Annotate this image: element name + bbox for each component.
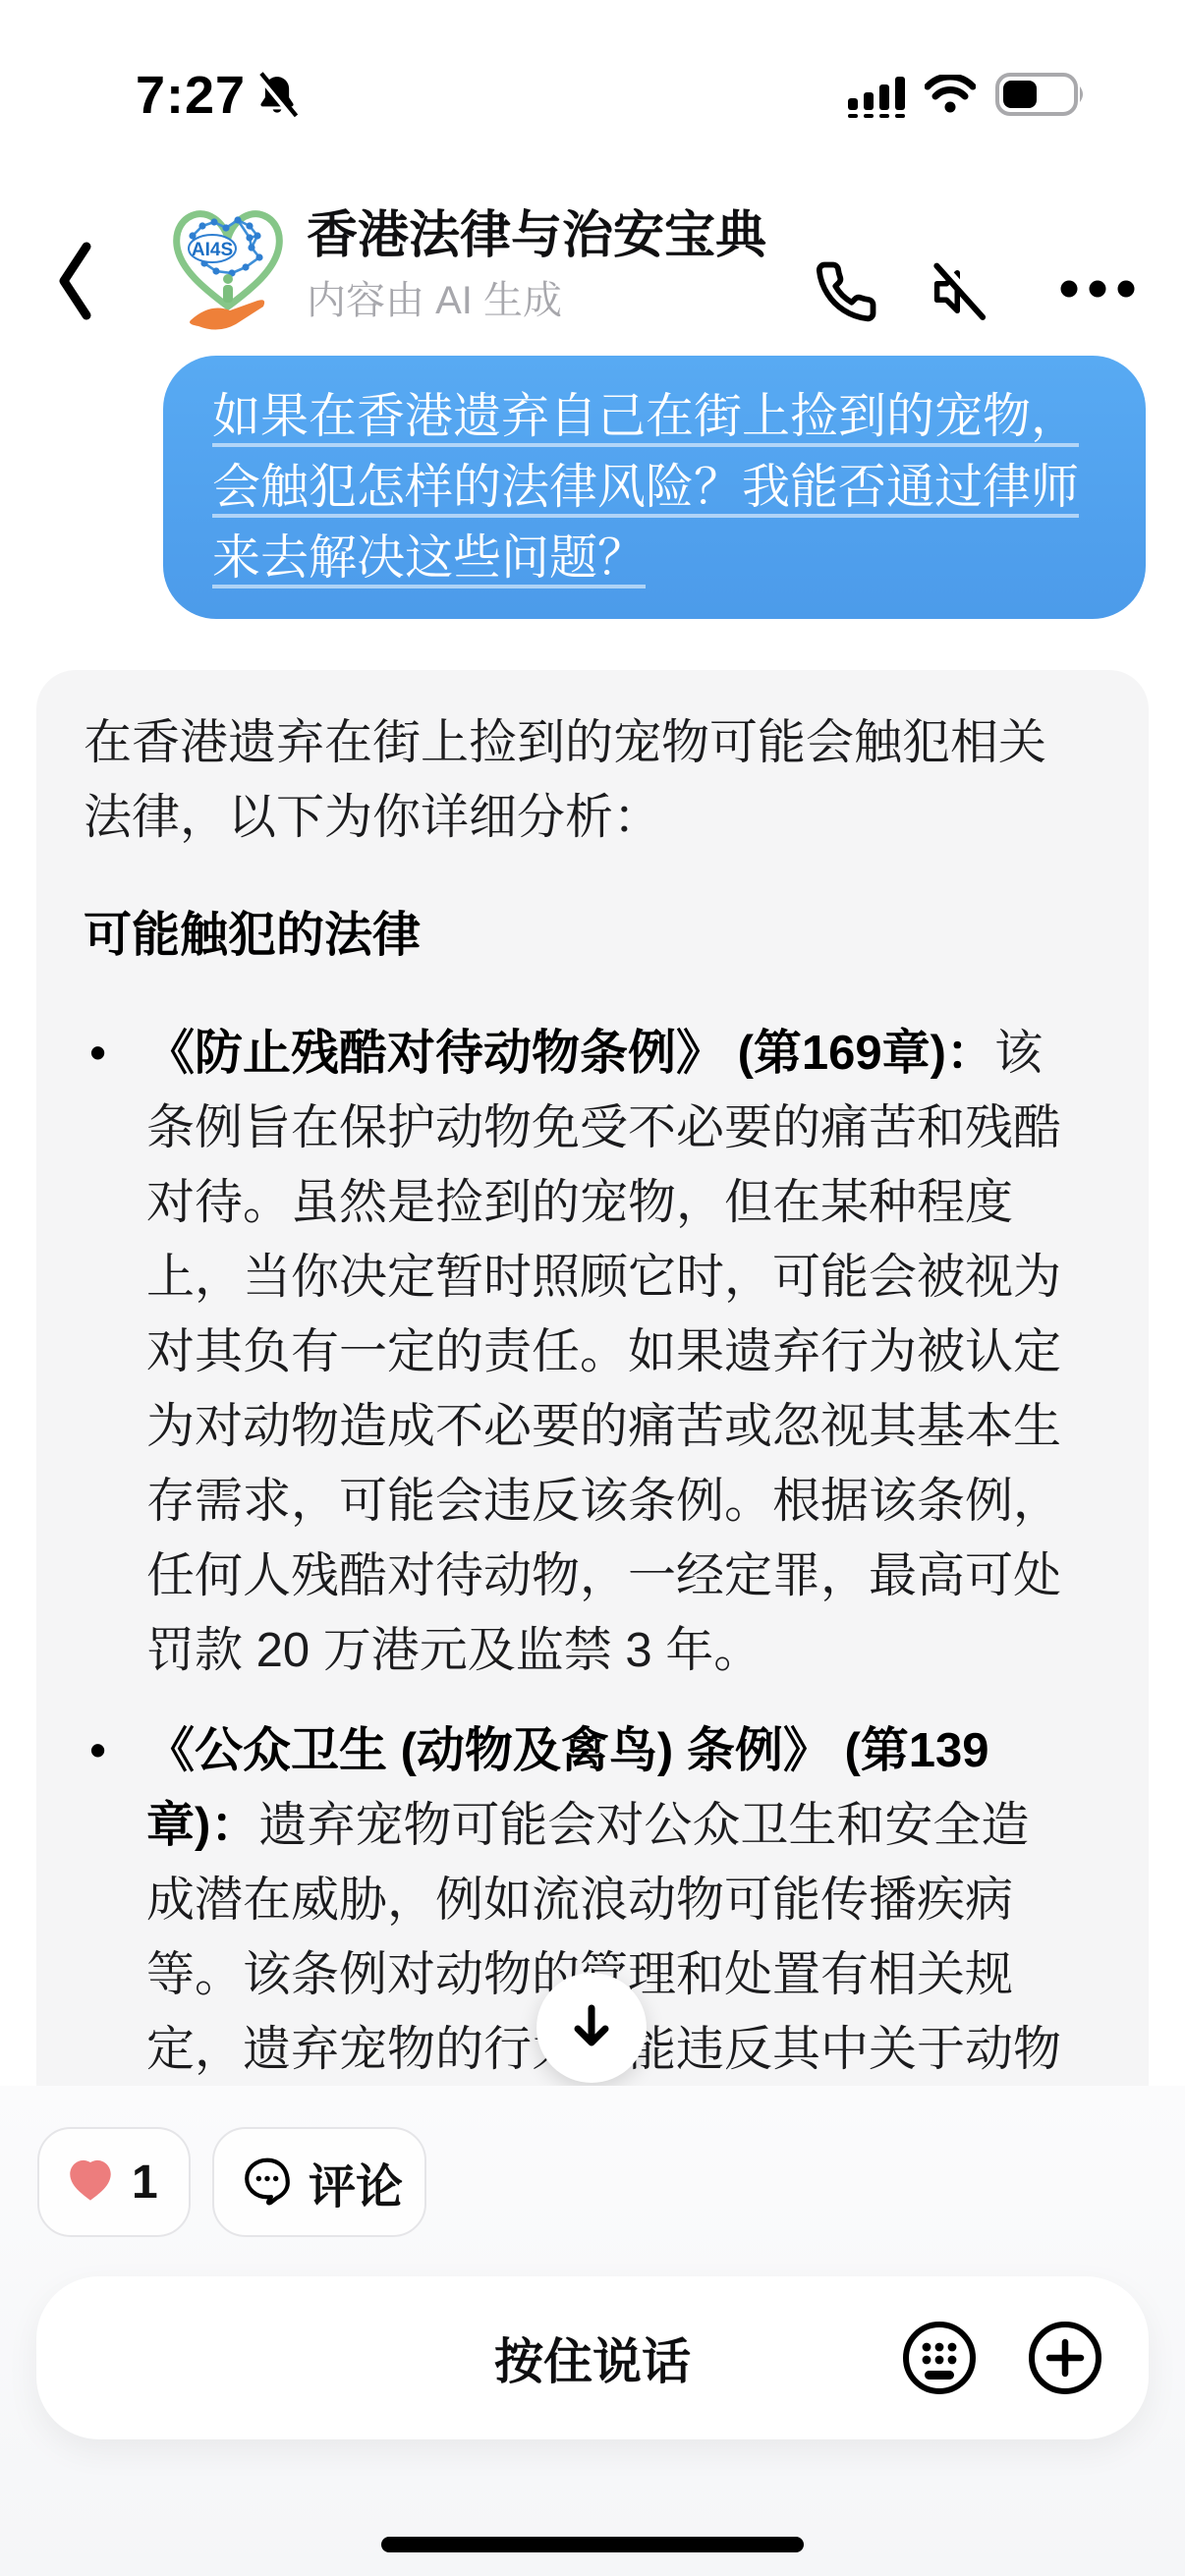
ai-section-heading: 可能触犯的法律	[84, 898, 1101, 973]
back-button[interactable]	[55, 240, 96, 327]
ai-intro-paragraph: 在香港遗弃在街上捡到的宠物可能会触犯相关法律，以下为你详细分析：	[84, 705, 1066, 855]
ellipsis-icon[interactable]	[1059, 279, 1136, 304]
comment-bubble-icon	[242, 2155, 293, 2211]
arrow-down-icon	[568, 2000, 615, 2056]
cellular-signal-dual-sim-icon	[846, 73, 909, 123]
like-count: 1	[132, 2156, 158, 2210]
chat-screen: { "status_bar": { "time": "7:27", "icons…	[0, 0, 1185, 2576]
law-bullet-list: 《防止残酷对待动物条例》 (第169章)：该条例旨在保护动物免受不必要的痛苦和残…	[84, 1016, 1101, 2087]
ai-disclaimer: 内容由 AI 生成	[307, 277, 766, 324]
user-message-bubble: 如果在香港遗弃自己在街上捡到的宠物，会触犯怎样的法律风险？我能否通过律师来去解决…	[163, 356, 1146, 619]
comment-label: 评论	[309, 2149, 403, 2216]
plus-circle-icon[interactable]	[1026, 2319, 1104, 2402]
ordinance-169-title: 《防止残酷对待动物条例》 (第169章)：	[146, 1027, 994, 1080]
ordinance-169-body: 该条例旨在保护动物免受不必要的痛苦和残酷对待。虽然是捡到的宠物，但在某种程度上，…	[146, 1027, 1061, 1677]
keypad-circle-icon[interactable]	[900, 2319, 979, 2402]
like-button[interactable]: 1	[37, 2127, 191, 2237]
header-title-block: 香港法律与治安宝典 内容由 AI 生成	[307, 206, 766, 324]
bot-avatar: AI4S	[173, 202, 283, 346]
bell-slash-icon	[252, 71, 303, 127]
speaker-muted-icon[interactable]	[928, 259, 992, 329]
ai-message-card: 在香港遗弃在街上捡到的宠物可能会触犯相关法律，以下为你详细分析： 可能触犯的法律…	[36, 670, 1149, 2122]
battery-half-icon	[995, 73, 1086, 121]
hold-to-talk-label: 按住说话	[36, 2276, 1149, 2439]
list-item-ordinance-169: 《防止残酷对待动物条例》 (第169章)：该条例旨在保护动物免受不必要的痛苦和残…	[84, 1016, 1070, 1688]
wifi-icon	[925, 75, 976, 119]
comment-button[interactable]: 评论	[212, 2127, 426, 2237]
home-indicator[interactable]	[381, 2537, 804, 2552]
page-title: 香港法律与治安宝典	[307, 206, 766, 265]
status-time: 7:27	[136, 65, 246, 126]
heart-icon	[65, 2156, 116, 2209]
avatar-text: AI4S	[192, 240, 233, 260]
phone-icon[interactable]	[814, 259, 878, 329]
scroll-to-bottom-button[interactable]	[536, 1973, 647, 2083]
